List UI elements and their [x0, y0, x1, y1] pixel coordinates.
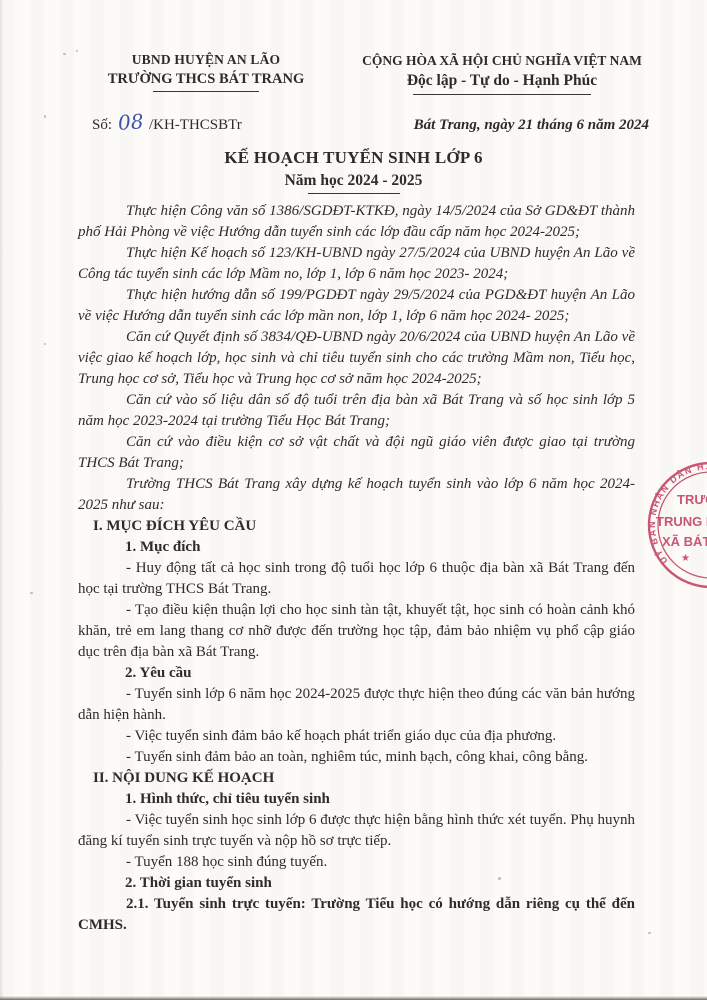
- stamp-star-icon: ★: [681, 553, 690, 564]
- scan-edge-bottom: [0, 996, 707, 1000]
- national-motto: Độc lập - Tự do - Hạnh Phúc: [342, 71, 662, 91]
- school-name: TRƯỜNG THCS BÁT TRANG: [92, 70, 320, 88]
- issuing-agency-block: UBND HUYỆN AN LÃO TRƯỜNG THCS BÁT TRANG: [92, 52, 320, 95]
- sub-heading: 1. Mục đích: [78, 537, 635, 558]
- sub-heading-paragraph: 2.1. Tuyển sinh trực tuyến: Trường Tiểu …: [78, 894, 635, 936]
- list-item: - Tuyển 188 học sinh đúng tuyến.: [78, 852, 635, 873]
- title-underline: [308, 193, 400, 194]
- citation-paragraph: Trường THCS Bát Trang xây dựng kế hoạch …: [78, 474, 635, 516]
- citation-paragraph: Thực hiện Kế hoạch số 123/KH-UBND ngày 2…: [78, 243, 635, 285]
- list-item: - Việc tuyển sinh đảm bảo kế hoạch phát …: [78, 726, 635, 747]
- dust-speck: [63, 53, 66, 55]
- citation-paragraph: Căn cứ Quyết định số 3834/QĐ-UBND ngày 2…: [78, 327, 635, 390]
- citation-paragraph: Căn cứ vào điều kiện cơ sở vật chất và đ…: [78, 432, 635, 474]
- scanned-document-page: UBND HUYỆN AN LÃO TRƯỜNG THCS BÁT TRANG …: [0, 0, 707, 1000]
- document-body: Thực hiện Công văn số 1386/SGDĐT-KTKĐ, n…: [78, 201, 635, 936]
- section-heading: II. NỘI DUNG KẾ HOẠCH: [78, 768, 635, 789]
- sub-heading: 2. Yêu cầu: [78, 663, 635, 684]
- section-heading: I. MỤC ĐÍCH YÊU CẦU: [78, 516, 635, 537]
- dust-speck: [648, 932, 651, 934]
- place-and-date: Bát Trang, ngày 21 tháng 6 năm 2024: [414, 117, 649, 134]
- dust-speck: [44, 115, 46, 118]
- national-title: CỘNG HÒA XÃ HỘI CHỦ NGHĨA VIỆT NAM: [342, 52, 662, 70]
- list-item: - Tuyển sinh lớp 6 năm học 2024-2025 đượ…: [78, 684, 635, 726]
- handwritten-number: 08: [117, 109, 144, 135]
- official-red-stamp: UỶ BAN NHÂN DÂN H.A TRƯỜ TRUNG HỌ XÃ BÁT…: [631, 445, 707, 605]
- dust-speck: [152, 62, 154, 64]
- document-number-suffix: /KH-THCSBTr: [149, 117, 242, 133]
- stamp-center-line2: TRUNG HỌ: [656, 514, 707, 529]
- citation-paragraph: Căn cứ vào số liệu dân số độ tuổi trên đ…: [78, 390, 635, 432]
- list-item: - Tuyển sinh đảm bảo an toàn, nghiêm túc…: [78, 747, 635, 768]
- dust-speck: [76, 50, 78, 52]
- dust-speck: [498, 877, 501, 880]
- national-motto-block: CỘNG HÒA XÃ HỘI CHỦ NGHĨA VIỆT NAM Độc l…: [342, 52, 662, 95]
- motto-underline: [413, 94, 591, 95]
- list-item: - Huy động tất cả học sinh trong độ tuổi…: [78, 558, 635, 600]
- stamp-center-line3: XÃ BÁT T: [662, 534, 707, 549]
- stamp-center-line1: TRƯỜ: [677, 492, 707, 507]
- document-number: Số: 08 /KH-THCSBTr: [92, 110, 242, 134]
- sub-heading: 1. Hình thức, chỉ tiêu tuyển sinh: [78, 789, 635, 810]
- dust-speck: [44, 343, 46, 345]
- document-title-block: KẾ HOẠCH TUYỂN SINH LỚP 6 Năm học 2024 -…: [0, 147, 707, 194]
- parent-agency-name: UBND HUYỆN AN LÃO: [92, 52, 320, 69]
- document-header: UBND HUYỆN AN LÃO TRƯỜNG THCS BÁT TRANG …: [0, 0, 707, 95]
- dust-speck: [30, 592, 33, 594]
- sub-heading: 2. Thời gian tuyển sinh: [78, 873, 635, 894]
- scan-edge-left: [0, 0, 4, 1000]
- document-number-label: Số:: [92, 117, 112, 133]
- header-underline: [153, 91, 259, 92]
- list-item: - Việc tuyển sinh học sinh lớp 6 được th…: [78, 810, 635, 852]
- citation-paragraph: Thực hiện hướng dẫn số 199/PGDĐT ngày 29…: [78, 285, 635, 327]
- number-date-row: Số: 08 /KH-THCSBTr Bát Trang, ngày 21 th…: [0, 110, 707, 134]
- list-item: - Tạo điều kiện thuận lợi cho học sinh t…: [78, 600, 635, 663]
- document-title: KẾ HOẠCH TUYỂN SINH LỚP 6: [0, 147, 707, 169]
- document-subtitle: Năm học 2024 - 2025: [0, 171, 707, 191]
- citation-paragraph: Thực hiện Công văn số 1386/SGDĐT-KTKĐ, n…: [78, 201, 635, 243]
